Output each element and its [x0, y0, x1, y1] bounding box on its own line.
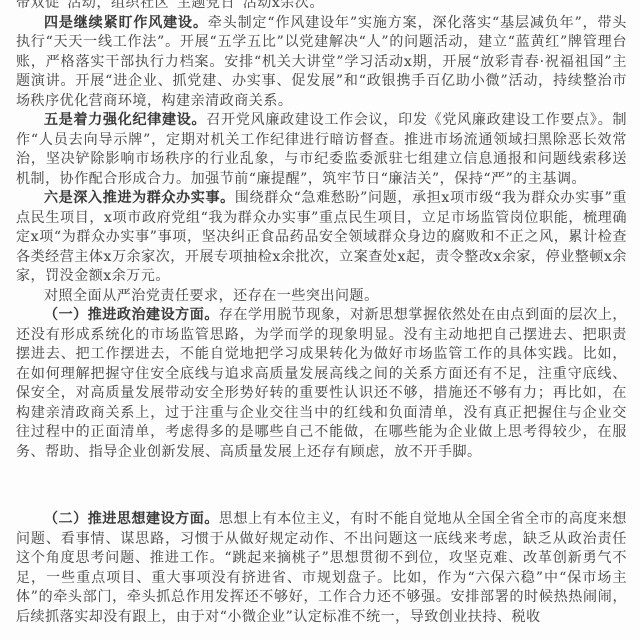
paragraph-lead: 四是继续紧盯作风建设。	[44, 15, 208, 31]
paragraph-lead: （一）推进政治建设方面。	[44, 307, 219, 323]
paragraph-section-6: 六是深入推进为群众办实事。围绕群众“急难愁盼”问题，承担x项市级“我为群众办实事…	[16, 189, 627, 287]
paragraph-transition: 对照全面从严治党责任要求，还存在一些突出问题。	[16, 287, 627, 307]
paragraph-section-5: 五是着力强化纪律建设。召开党风廉政建设工作会议，印发《党风廉政建设工作要点》。制…	[16, 111, 627, 189]
paragraph-lead: 六是深入推进为群众办实事。	[44, 190, 235, 206]
paragraph-problem-1: （一）推进政治建设方面。存在学用脱节现象，对新思想掌握依然处在由点到面的层次上，…	[16, 306, 627, 462]
paragraph-lead: （二）推进思想建设方面。	[44, 511, 219, 527]
paragraph-section-4: 四是继续紧盯作风建设。牵头制定“作风建设年”实施方案，深化落实“基层减负年”，带…	[16, 14, 627, 112]
paragraph-problem-2: （二）推进思想建设方面。思想上有本位主义，有时不能自觉地从全国全省全市的高度来想…	[16, 510, 627, 627]
paragraph-continuation: 带双促”活动，组织社区“主题党日”活动x余次。	[16, 0, 627, 14]
paragraph-lead: 五是着力强化纪律建设。	[44, 112, 206, 128]
paragraph-text: 带双促”活动，组织社区“主题党日”活动x余次。	[16, 0, 324, 11]
document-text-column: 带双促”活动，组织社区“主题党日”活动x余次。 四是继续紧盯作风建设。牵头制定“…	[16, 0, 627, 627]
paragraph-text: 对照全面从严治党责任要求，还存在一些突出问题。	[44, 288, 379, 304]
page-gap	[16, 462, 627, 510]
paragraph-text: 存在学用脱节现象，对新思想掌握依然处在由点到面的层次上，还没有形成系统化的市场监…	[16, 307, 627, 460]
paragraph-text: 思想上有本位主义，有时不能自觉地从全国全省全市的高度来想问题、看事情、谋思路，习…	[16, 511, 627, 625]
document-page: 带双促”活动，组织社区“主题党日”活动x余次。 四是继续紧盯作风建设。牵头制定“…	[0, 0, 640, 640]
